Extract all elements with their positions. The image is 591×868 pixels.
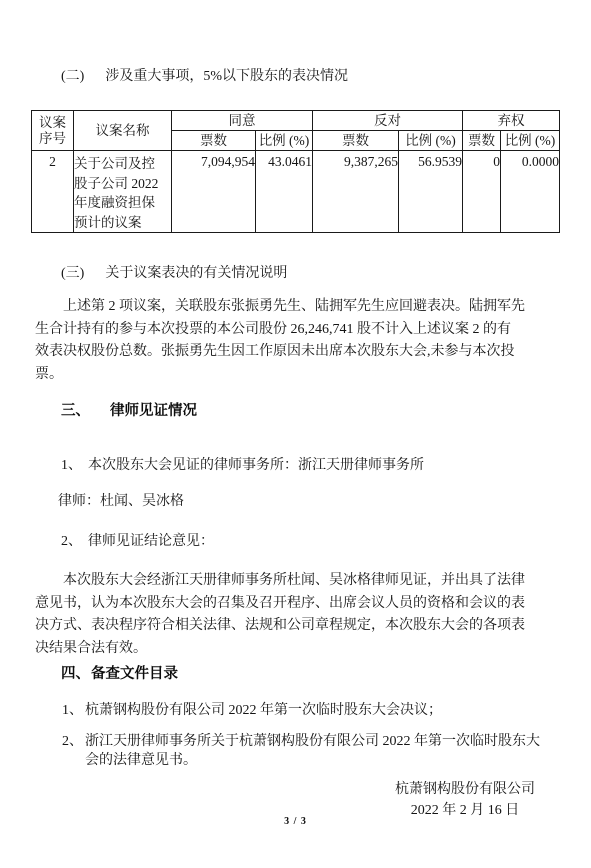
section-3-title: 关于议案表决的有关情况说明 [105, 266, 287, 281]
lawyer-item-2-number: 2、 [61, 534, 82, 549]
doc-list-item: 2、浙江天册律师事务所关于杭萧钢构股份有限公司 2022 年第一次临时股东大 会… [35, 732, 558, 771]
section-2-heading: (二)涉及重大事项，5%以下股东的表决情况 [61, 68, 558, 86]
section-docs-title: 备查文件目录 [91, 666, 178, 682]
header-oppose-votes: 票数 [313, 131, 399, 151]
section-docs-number: 四、 [61, 666, 90, 682]
header-proposal-no: 议案 序号 [32, 111, 74, 151]
header-proposal-name: 议案名称 [74, 111, 172, 151]
doc-item-2-number: 2、 [62, 732, 83, 752]
cell-oppose-votes: 9,387,265 [313, 151, 399, 233]
section-3-number: (三) [61, 266, 84, 281]
section-lawyer-heading: 三、律师见证情况 [61, 401, 558, 421]
document-content: (二)涉及重大事项，5%以下股东的表决情况 议案 序号 议案名称 同意 反对 弃… [0, 68, 591, 821]
header-abstain-votes: 票数 [463, 131, 501, 151]
header-agree-votes: 票数 [172, 131, 256, 151]
cell-agree-votes: 7,094,954 [172, 151, 256, 233]
section-lawyer-title: 律师见证情况 [110, 403, 197, 419]
lawyer-item-1-number: 1、 [61, 458, 82, 473]
doc-item-1-number: 1、 [62, 701, 83, 721]
section-3-paragraph: 上述第 2 项议案，关联股东张振勇先生、陆拥军先生应回避表决。陆拥军先 生合计持… [35, 296, 558, 386]
page-number: 3 / 3 [0, 816, 591, 827]
header-oppose: 反对 [313, 111, 463, 131]
cell-agree-ratio: 43.0461 [256, 151, 313, 233]
header-agree: 同意 [172, 111, 313, 131]
doc-item-1-text: 杭萧钢构股份有限公司 2022 年第一次临时股东大会决议； [85, 703, 442, 718]
lawyer-item-1: 1、本次股东大会见证的律师事务所：浙江天册律师事务所 [61, 456, 558, 476]
cell-proposal-no: 2 [32, 151, 74, 233]
signature-inner: 杭萧钢构股份有限公司 2022 年 2 月 16 日 [395, 779, 535, 821]
header-abstain-ratio: 比例 (%) [501, 131, 560, 151]
doc-list-item: 1、杭萧钢构股份有限公司 2022 年第一次临时股东大会决议； [35, 701, 558, 721]
table-header-row-1: 议案 序号 议案名称 同意 反对 弃权 [32, 111, 560, 131]
section-docs-heading: 四、备查文件目录 [61, 664, 558, 684]
section-lawyer-number: 三、 [61, 403, 90, 419]
lawyer-item-1-text: 本次股东大会见证的律师事务所：浙江天册律师事务所 [88, 458, 424, 473]
cell-oppose-ratio: 56.9539 [399, 151, 463, 233]
lawyer-item-2-text: 律师见证结论意见： [88, 534, 214, 549]
signature-block: 杭萧钢构股份有限公司 2022 年 2 月 16 日 [35, 779, 558, 821]
signature-company: 杭萧钢构股份有限公司 [395, 779, 535, 800]
lawyer-item-2: 2、律师见证结论意见： [61, 532, 558, 552]
lawyer-conclusion-paragraph: 本次股东大会经浙江天册律师事务所杜闻、吴冰格律师见证，并出具了法律 意见书，认为… [35, 570, 558, 660]
section-3-heading: (三)关于议案表决的有关情况说明 [61, 265, 558, 283]
section-2-title: 涉及重大事项，5%以下股东的表决情况 [105, 69, 348, 84]
table-row: 2 关于公司及控 股子公司 2022 年度融资担保 预计的议案 7,094,95… [32, 151, 560, 233]
cell-proposal-name: 关于公司及控 股子公司 2022 年度融资担保 预计的议案 [74, 151, 172, 233]
section-2-number: (二) [61, 69, 84, 84]
header-agree-ratio: 比例 (%) [256, 131, 313, 151]
vote-results-table: 议案 序号 议案名称 同意 反对 弃权 票数 比例 (%) 票数 比例 (%) … [31, 110, 560, 233]
lawyers-line: 律师：杜闻、吴冰格 [58, 492, 558, 512]
cell-abstain-votes: 0 [463, 151, 501, 233]
cell-abstain-ratio: 0.0000 [501, 151, 560, 233]
document-page: (二)涉及重大事项，5%以下股东的表决情况 议案 序号 议案名称 同意 反对 弃… [0, 0, 591, 868]
doc-item-2-text: 浙江天册律师事务所关于杭萧钢构股份有限公司 2022 年第一次临时股东大 会的法… [85, 734, 540, 769]
header-abstain: 弃权 [463, 111, 560, 131]
header-oppose-ratio: 比例 (%) [399, 131, 463, 151]
